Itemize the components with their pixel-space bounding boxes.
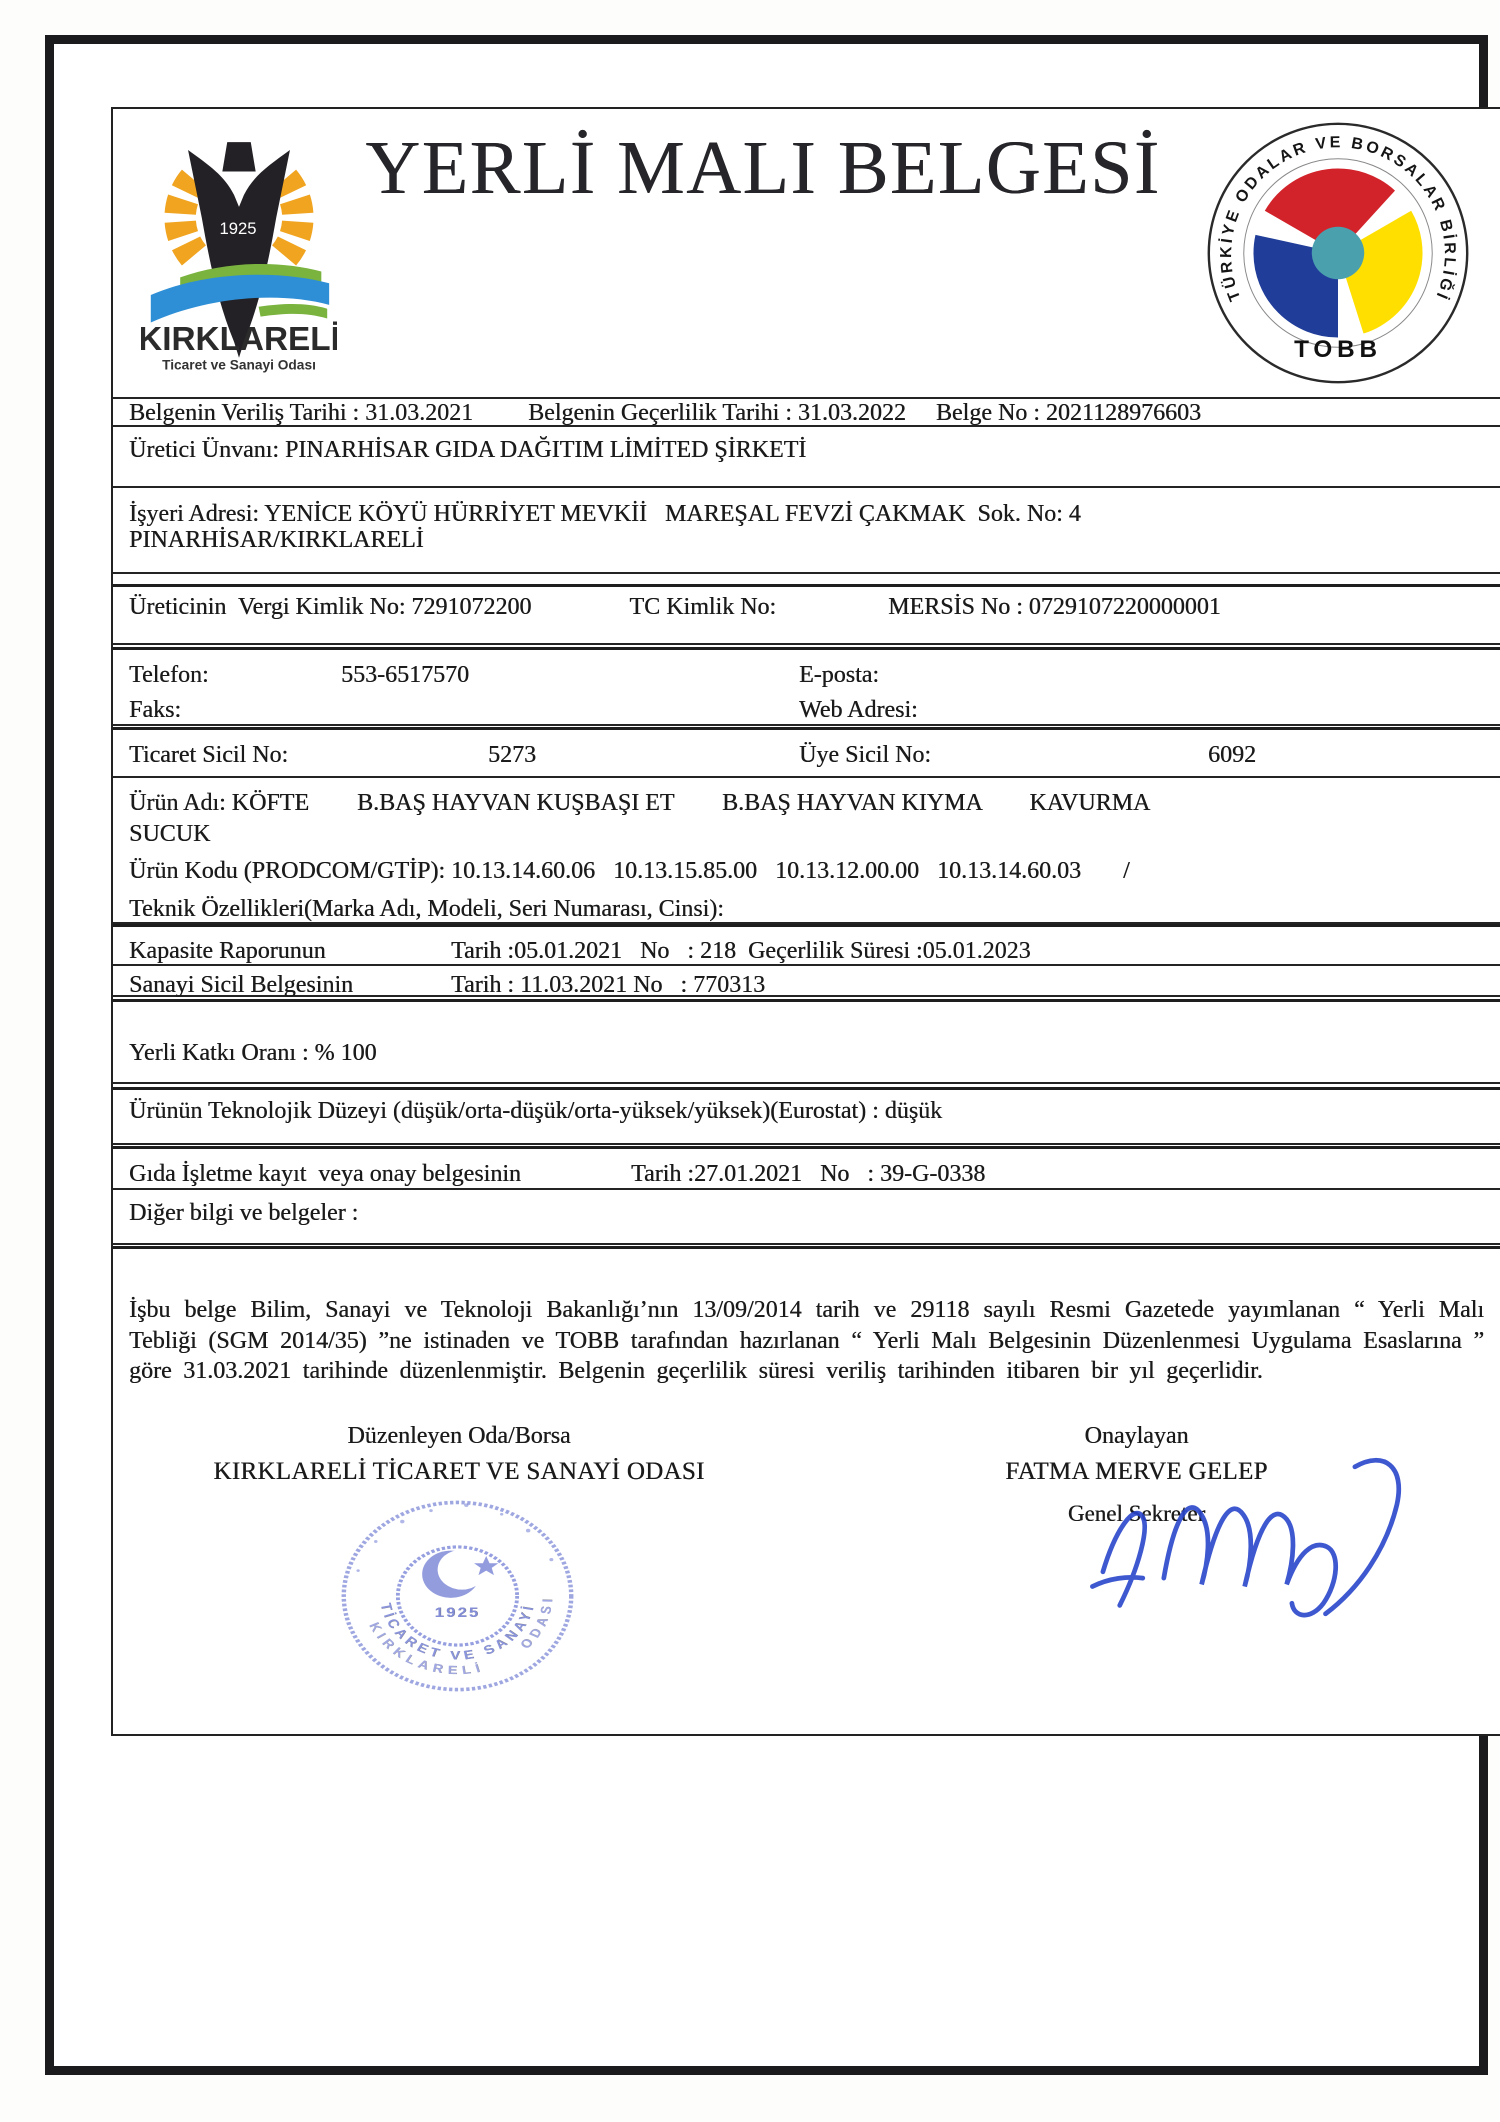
field-isyeri-adresi-line1: İşyeri Adresi: YENİCE KÖYÜ HÜRRİYET MEVK… [129, 501, 1484, 527]
field-mersis: MERSİS No : 0729107220000001 [888, 594, 1221, 620]
faks-label: Faks: [129, 697, 181, 723]
header: 1925 KIRKLARELİ Ticaret ve Sanayi Odası … [113, 109, 1500, 399]
web-label: Web Adresi: [799, 697, 918, 723]
field-diger-bilgi: Diğer bilgi ve belgeler : [129, 1200, 358, 1226]
sanayi-label: Sanayi Sicil Belgesinin [129, 972, 353, 998]
page-title: YERLİ MALI BELGESİ [313, 155, 1213, 181]
field-tc-kimlik: TC Kimlik No: [629, 594, 776, 620]
row-sanayi-sicil: Sanayi Sicil Belgesinin Tarih : 11.03.20… [113, 966, 1500, 997]
sanayi-detail: Tarih : 11.03.2021 No : 770313 [451, 972, 765, 998]
field-uretici-unvani: Üretici Ünvanı: PINARHİSAR GIDA DAĞITIM … [129, 437, 806, 463]
row-iletisim: Telefon: 553-6517570 E-posta: Faks: Web … [113, 650, 1500, 726]
field-yerli-katki: Yerli Katkı Oranı : % 100 [129, 1040, 377, 1066]
handwritten-signature [1073, 1429, 1473, 1639]
row-kapasite: Kapasite Raporunun Tarih :05.01.2021 No … [113, 927, 1500, 966]
duzenleyen-heading: Düzenleyen Oda/Borsa [129, 1423, 789, 1449]
kapasite-label: Kapasite Raporunun [129, 938, 326, 964]
duzenleyen-name: KIRKLARELİ TİCARET VE SANAYİ ODASI [129, 1459, 789, 1485]
field-urun-adi: Ürün Adı: KÖFTE B.BAŞ HAYVAN KUŞBAŞI ET … [129, 788, 1484, 819]
row-isyeri-adresi: İşyeri Adresi: YENİCE KÖYÜ HÜRRİYET MEVK… [113, 488, 1500, 574]
tobb-acronym: TOBB [1294, 336, 1382, 363]
telefon-label: Telefon: [129, 662, 209, 688]
field-teknik-ozellikler: Teknik Özellikleri(Marka Adı, Modeli, Se… [129, 894, 1484, 925]
field-isyeri-adresi-line2: PINARHİSAR/KIRKLARELİ [129, 527, 1484, 553]
ticaret-sicil-label: Ticaret Sicil No: [129, 742, 288, 768]
logo-year: 1925 [219, 219, 256, 238]
field-gecerlilik-tarihi: Belgenin Geçerlilik Tarihi : 31.03.2022 [528, 400, 906, 426]
certificate-table: 1925 KIRKLARELİ Ticaret ve Sanayi Odası … [111, 107, 1500, 1736]
certificate-page: { "title": "YERLİ MALI BELGESİ", "issuer… [0, 0, 1500, 2122]
row-kimlik-no: Üreticinin Vergi Kimlik No: 7291072200TC… [113, 587, 1500, 645]
chamber-stamp: 1925 TİCARET VE SANAYİ KIRKLARELİ ODASI [325, 1487, 590, 1705]
ticaret-sicil-value: 5273 [488, 742, 536, 768]
row-yerli-katki: Yerli Katkı Oranı : % 100 [113, 1002, 1500, 1084]
row-gida-belgesi: Gıda İşletme kayıt veya onay belgesinin … [113, 1149, 1500, 1190]
row-uretici-unvani: Üretici Ünvanı: PINARHİSAR GIDA DAĞITIM … [113, 427, 1500, 488]
row-aciklama-imza: İşbu belge Bilim, Sanayi ve Teknoloji Ba… [113, 1249, 1500, 1686]
row-belge-tarihleri: Belgenin Veriliş Tarihi : 31.03.2021Belg… [113, 399, 1500, 427]
field-belge-no: Belge No : 2021128976603 [936, 400, 1201, 426]
field-teknolojik-duzey: Ürünün Teknolojik Düzeyi (düşük/orta-düş… [129, 1098, 942, 1124]
row-sicil-no: Ticaret Sicil No: 5273 Üye Sicil No: 609… [113, 730, 1500, 778]
row-teknolojik-duzey: Ürünün Teknolojik Düzeyi (düşük/orta-düş… [113, 1090, 1500, 1145]
gida-label: Gıda İşletme kayıt veya onay belgesinin [129, 1161, 521, 1187]
field-vergi-kimlik: Üreticinin Vergi Kimlik No: 7291072200 [129, 594, 531, 620]
eposta-label: E-posta: [799, 662, 879, 688]
logo-name: KIRKLARELİ [141, 321, 337, 358]
telefon-value: 553-6517570 [341, 662, 469, 688]
kapasite-detail: Tarih :05.01.2021 No : 218 Geçerlilik Sü… [451, 938, 1031, 964]
stamp-year: 1925 [435, 1605, 481, 1620]
row-urun: Ürün Adı: KÖFTE B.BAŞ HAYVAN KUŞBAŞI ET … [113, 778, 1500, 924]
gida-detail: Tarih :27.01.2021 No : 39-G-0338 [631, 1161, 985, 1187]
field-verilis-tarihi: Belgenin Veriliş Tarihi : 31.03.2021 [129, 400, 473, 426]
tobb-logo: TÜRKİYE ODALAR VE BORSALAR BİRLİĞİ TOBB [1202, 117, 1474, 389]
field-urun-adi-devam: SUCUK [129, 819, 1484, 850]
crescent-star-icon [422, 1550, 498, 1598]
row-diger-bilgi: Diğer bilgi ve belgeler : [113, 1190, 1500, 1245]
field-urun-kodu: Ürün Kodu (PRODCOM/GTİP): 10.13.14.60.06… [129, 856, 1484, 887]
kirklareli-chamber-logo: 1925 KIRKLARELİ Ticaret ve Sanayi Odası [141, 114, 337, 380]
divider [113, 574, 1500, 587]
page-border-frame: 1925 KIRKLARELİ Ticaret ve Sanayi Odası … [45, 35, 1488, 2075]
legal-paragraph: İşbu belge Bilim, Sanayi ve Teknoloji Ba… [129, 1249, 1484, 1387]
uye-sicil-value: 6092 [1208, 742, 1256, 768]
logo-subtitle: Ticaret ve Sanayi Odası [162, 358, 316, 373]
uye-sicil-label: Üye Sicil No: [799, 742, 931, 768]
